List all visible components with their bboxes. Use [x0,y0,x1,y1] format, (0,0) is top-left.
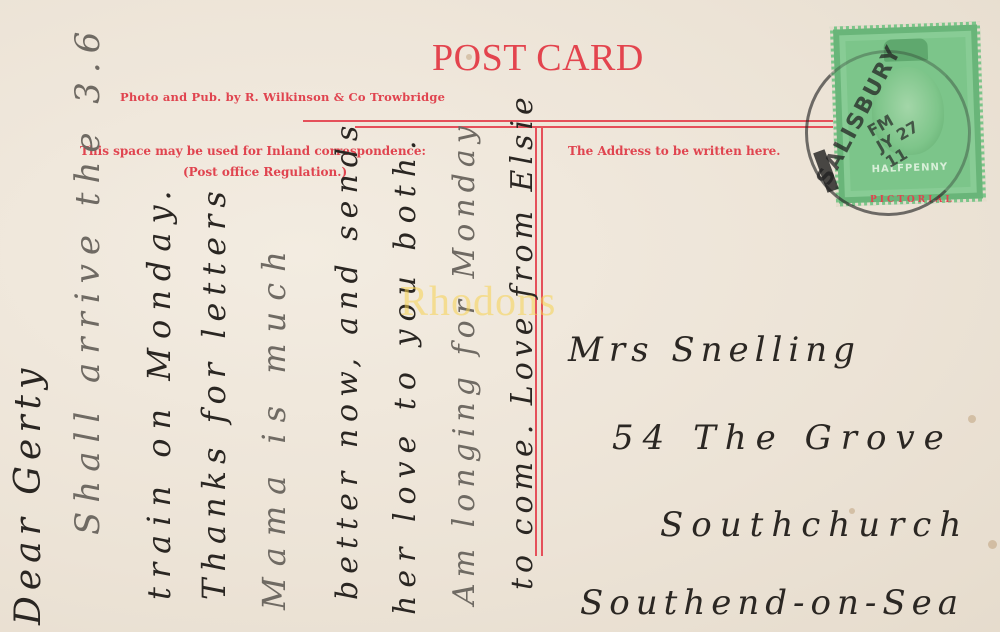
postcard-back: POST CARD Photo and Pub. by R. Wilkinson… [0,0,1000,632]
publisher-line: Photo and Pub. by R. Wilkinson & Co Trow… [120,90,445,104]
correspondence-note: This space may be used for Inland corres… [80,144,426,158]
watermark: Rhodons [400,278,556,326]
vertical-divider-right [541,126,543,556]
address-line-2: 54 The Grove [612,418,953,458]
address-line-4: Southend-on-Sea [580,583,964,623]
foxing-stain [988,540,997,549]
address-line-1: Mrs Snelling [568,330,861,370]
message-line-8: Am longing for Monday [447,120,482,605]
post-card-title: POST CARD [432,36,644,80]
message-line-5: Mama is much [255,240,293,610]
regulation-note: (Post office Regulation.) [183,165,347,179]
message-line-4: Thanks for letters [195,184,233,600]
message-line-7: her love to you both. [388,132,423,615]
message-line-3: train on Monday. [140,182,178,601]
message-line-9: to come. Love from Elsie [505,92,540,590]
foxing-stain [466,54,472,60]
message-line-1: Dear Gerty [8,363,49,625]
horizontal-divider-top [303,120,833,122]
address-note: The Address to be written here. [568,144,780,158]
message-line-6: better now, and sends [330,119,365,600]
horizontal-divider-bottom [355,126,833,128]
address-line-3: Southchurch [660,505,969,545]
message-line-2: Shall arrive the 3.6 [68,23,108,535]
foxing-stain [968,415,976,423]
foxing-stain [849,508,855,514]
